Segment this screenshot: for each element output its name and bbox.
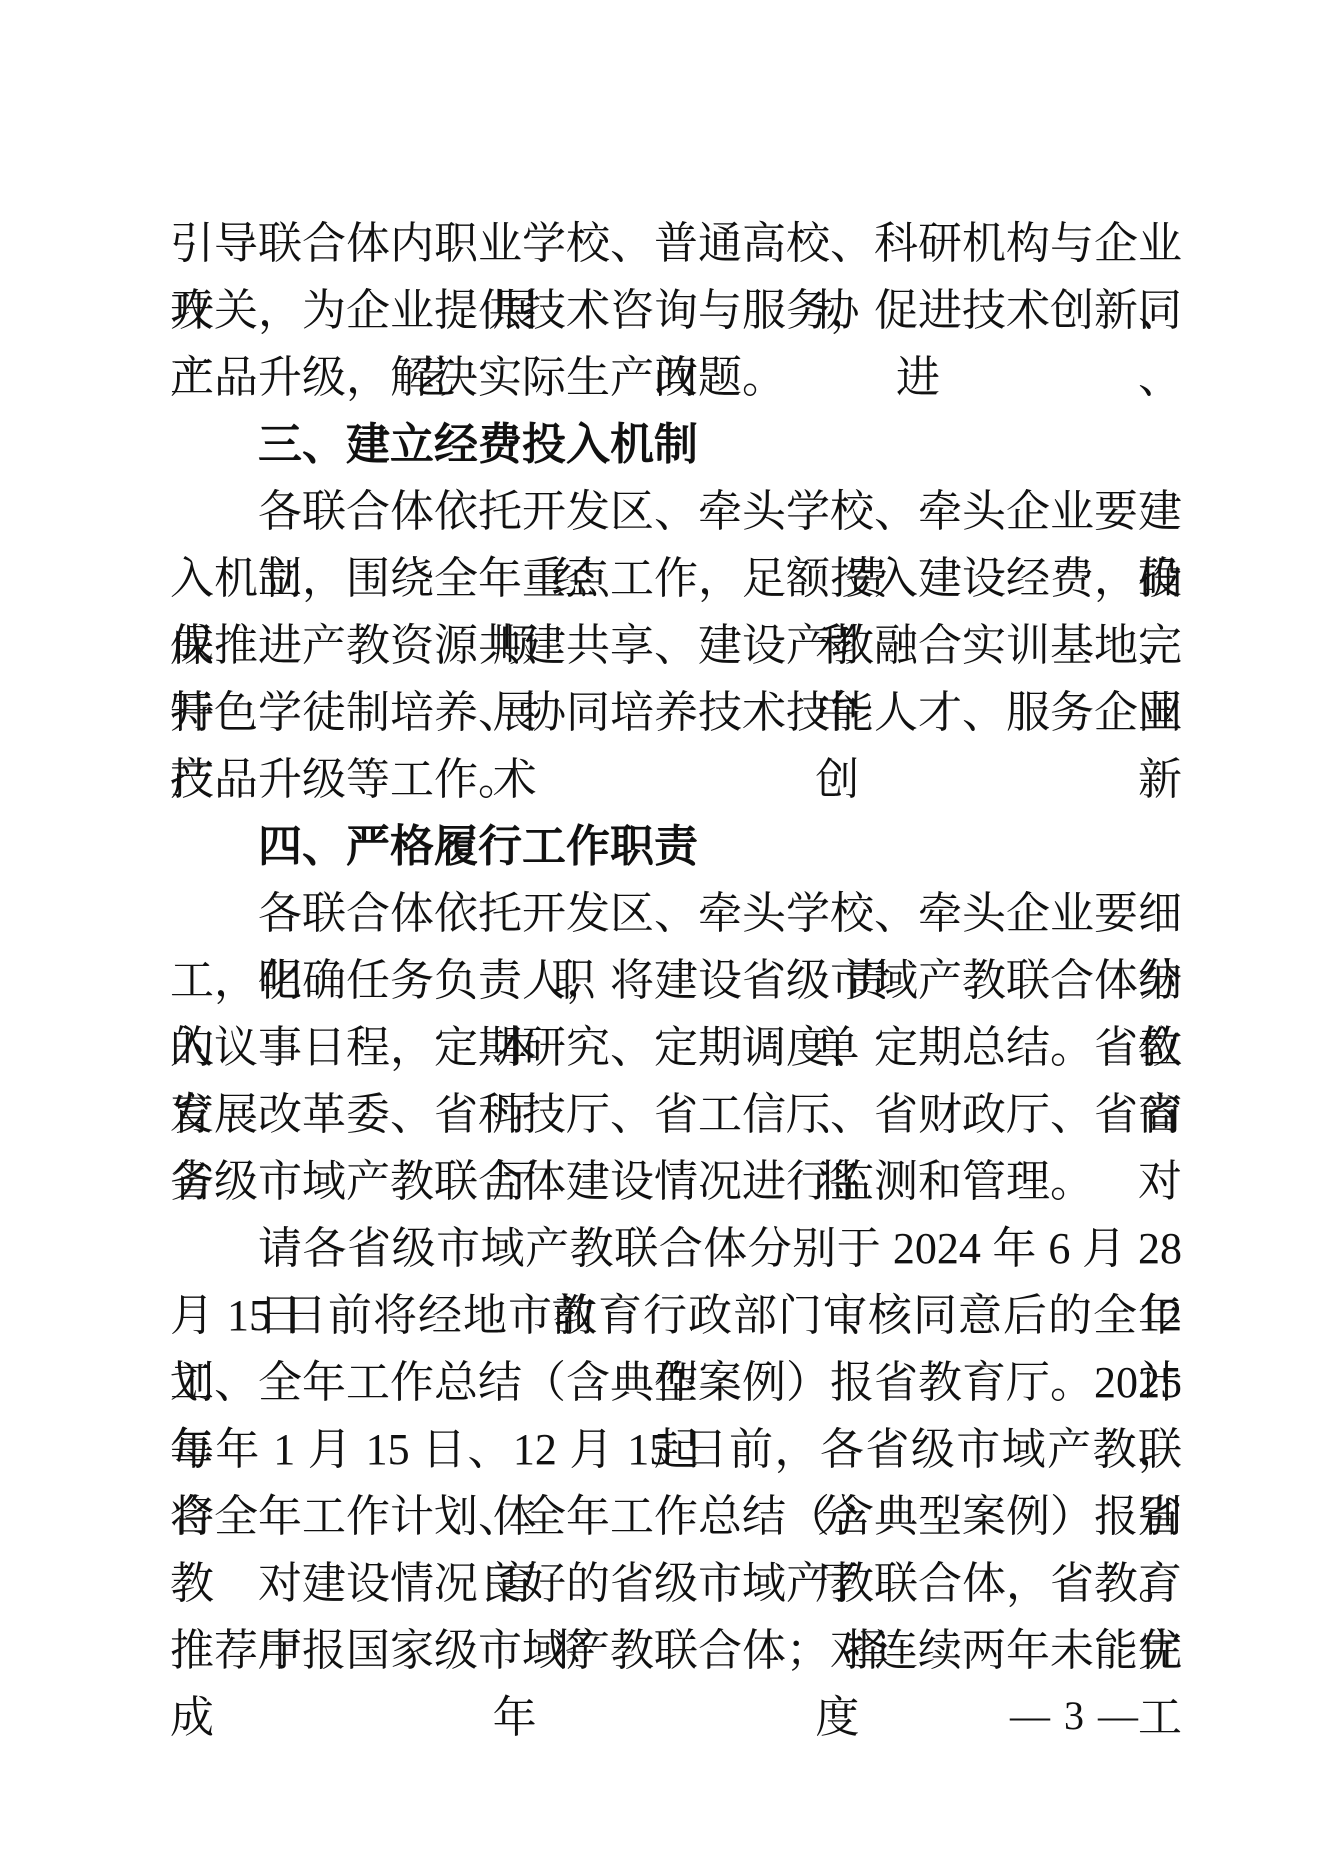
text-line: 引导联合体内职业学校、普通高校、科研机构与企业开展协同: [170, 210, 1182, 277]
text-line: 请各省级市域产教联合体分别于 2024 年 6 月 28 日前、12: [170, 1215, 1182, 1282]
text-line: 划、全年工作总结（含典型案例）报省教育厅。2025 年起，: [170, 1349, 1182, 1416]
text-line: 推荐申报国家级市域产教联合体；对连续两年未能完成年度工: [170, 1617, 1182, 1684]
text-line: 入机制，围绕全年重点工作，足额投入建设经费，确保顺利完: [170, 545, 1182, 612]
text-line: 每年 1 月 15 日、12 月 15 日前，各省级市域产教联合体分别: [170, 1416, 1182, 1483]
text-line: 特色学徒制培养、协同培养技术技能人才、服务企业技术创新: [170, 679, 1182, 746]
document-page: 引导联合体内职业学校、普通高校、科研机构与企业开展协同攻关，为企业提供技术咨询与…: [0, 0, 1323, 1871]
text-line: 成推进产教资源共建共享、建设产教融合实训基地、开展中国: [170, 612, 1182, 679]
text-line: 各联合体依托开发区、牵头学校、牵头企业要细化职责分: [170, 880, 1182, 947]
section-heading: 三、建立经费投入机制: [170, 411, 1182, 478]
text-line: 将全年工作计划、全年工作总结（含典型案例）报省教育厅。: [170, 1483, 1182, 1550]
text-line: 对建设情况良好的省级市域产教联合体，省教育厅将择优: [170, 1550, 1182, 1617]
section-heading: 四、严格履行工作职责: [170, 813, 1182, 880]
text-block: 引导联合体内职业学校、普通高校、科研机构与企业开展协同攻关，为企业提供技术咨询与…: [170, 210, 1182, 1684]
page-number: — 3 —: [1010, 1692, 1140, 1740]
text-line: 各联合体依托开发区、牵头学校、牵头企业要建立经费投: [170, 478, 1182, 545]
text-line: 月 15 日前将经地市教育行政部门审核同意后的全年工作计: [170, 1282, 1182, 1349]
text-line: 省级市域产教联合体建设情况进行监测和管理。: [170, 1148, 1182, 1215]
text-line: 的议事日程，定期研究、定期调度、定期总结。省教育厅、省: [170, 1014, 1182, 1081]
text-line: 发展改革委、省科技厅、省工信厅、省财政厅、省商务厅将对: [170, 1081, 1182, 1148]
text-line: 工，明确任务负责人，将建设省级市域产教联合体纳入本单位: [170, 947, 1182, 1014]
text-line: 攻关，为企业提供技术咨询与服务，促进技术创新、工艺改进、: [170, 277, 1182, 344]
